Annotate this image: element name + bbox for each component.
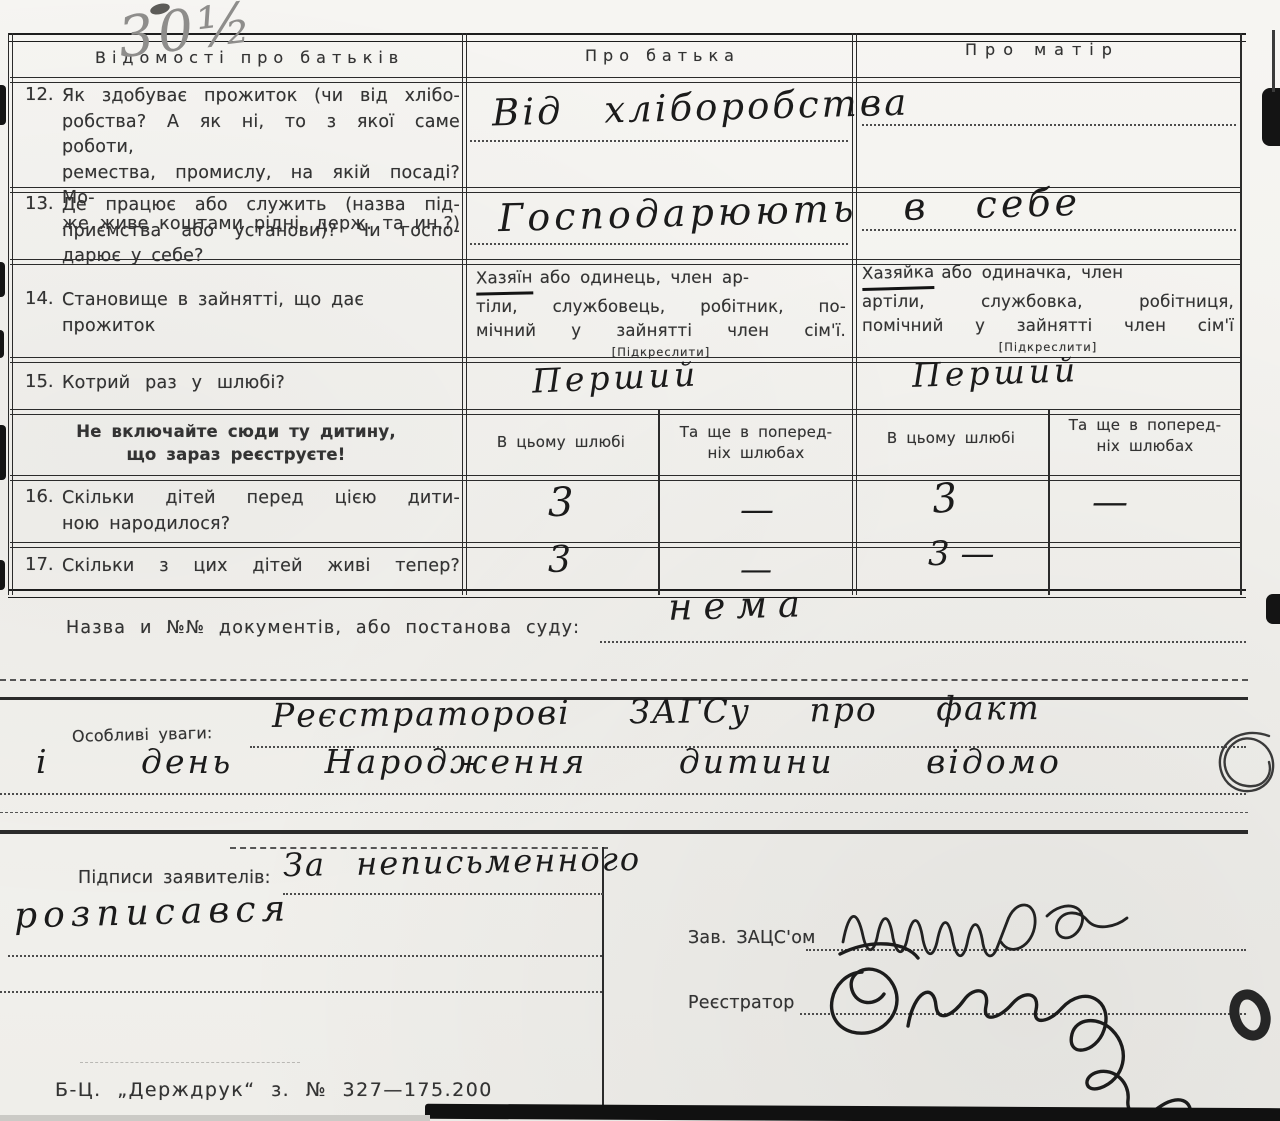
question-15-text: Котрий раз у шлюбі? <box>62 371 460 397</box>
applicants-handwritten-line1: За неписьменного <box>283 840 642 884</box>
remarks-handwritten-line1: Реєстраторові ЗАГСу про факт <box>272 688 1041 735</box>
left-edge-mark-3 <box>0 330 4 358</box>
documents-answer-handwritten: нема <box>667 582 811 629</box>
subheader-bottom-rule <box>10 475 1242 481</box>
subcolumn-prev-marriages-father: Та ще в поперед- ніх шлюбах <box>660 412 852 474</box>
question-14-number: 14. <box>25 288 54 309</box>
footer-faint-line <box>80 1062 300 1063</box>
underlined-word-khazain: Хазяїн <box>476 265 533 295</box>
answer-12-handwritten: Від хліборобства <box>492 81 910 135</box>
pen-scribble-artifact <box>1205 722 1280 812</box>
print-code: Б-Ц. „Держдрук“ з. № 327—175.200 <box>55 1078 493 1104</box>
section-rule-dashed-2 <box>0 812 1248 813</box>
scan-edge-blob-middle <box>1266 594 1280 624</box>
documents-dotted-line <box>600 641 1246 643</box>
occupation-options-mother: Хазяйкаабо одиначка, член артіли, службо… <box>862 261 1234 355</box>
table-left-border <box>8 33 13 595</box>
answer-15-mother-handwritten: Перший <box>911 350 1079 395</box>
column-header-mother: Про матір <box>965 40 1120 59</box>
section-rule-dashed-1 <box>0 679 1248 681</box>
divider-questions-father <box>462 33 467 595</box>
question-16-text: Скільки дітей перед цією дити- ною народ… <box>62 486 460 537</box>
applicants-dotted-line-1 <box>283 893 603 895</box>
occupation-options-father: Хазяїнабо одинець, член ар- тіли, службо… <box>476 266 846 360</box>
registrar-signature <box>810 928 1250 1121</box>
answer-15-father-handwritten: Перший <box>531 354 700 400</box>
answer-16-father-this: 3 <box>548 480 573 526</box>
documents-label: Назва и №№ документів, або постанова суд… <box>66 616 580 642</box>
question-13-number: 13. <box>25 193 54 214</box>
subcolumn-prev-marriages-mother: Та ще в поперед- ніх шлюбах <box>1050 405 1240 467</box>
children-note: Не включайте сюди ту дитину, що зараз ре… <box>10 412 462 474</box>
answer-12-dotted-line-father <box>470 140 848 142</box>
question-12-number: 12. <box>25 84 54 105</box>
left-edge-mark-5 <box>0 560 5 590</box>
header-bottom-rule <box>10 77 1242 83</box>
subcolumn-this-marriage-mother: В цьому шлюбі <box>855 408 1047 470</box>
scanned-birth-record-form: Відомості про батьків Про батька Про мат… <box>0 0 1280 1121</box>
question-17-text: Скільки з цих дітей живі тепер? <box>62 554 460 580</box>
answer-17-father-this: 3 <box>548 540 571 581</box>
scan-bottom-gray-band <box>0 1115 430 1121</box>
question-14-text: Становище в зайнятті, що дає прожиток <box>62 288 460 339</box>
question-15-number: 15. <box>25 371 54 392</box>
question-16-number: 16. <box>25 486 54 507</box>
answer-16-mother-this: 3 <box>930 475 959 523</box>
left-edge-mark-4 <box>0 425 6 480</box>
scan-edge-line-top <box>1272 30 1275 92</box>
underlined-word-khazaika: Хазяйка <box>862 260 935 291</box>
remarks-handwritten-line2: і день Народження дитини відомо <box>36 742 1062 781</box>
remarks-dotted-line-2 <box>0 793 1246 795</box>
answer-16-mother-prev: — <box>1092 482 1128 523</box>
answer-13-dotted-line-father <box>470 243 848 245</box>
table-right-border <box>1240 33 1242 595</box>
scan-edge-blob-top <box>1262 88 1280 146</box>
question-13-text: Де працює або служить (назва під- приємс… <box>62 193 460 270</box>
ink-blob-artifact <box>1222 985 1278 1045</box>
registrar-label: Реєстратор <box>688 991 795 1017</box>
answer-17-mother-this: 3 — <box>928 534 994 574</box>
section-rule-solid-2 <box>0 830 1248 834</box>
answer-13-dotted-line-mother <box>862 229 1236 231</box>
applicants-dotted-line-2 <box>8 955 602 957</box>
applicants-handwritten-line2: розписався <box>14 888 292 936</box>
applicants-dotted-line-3 <box>0 991 602 993</box>
signature-box-right-line <box>602 847 604 1115</box>
question-17-number: 17. <box>25 554 54 575</box>
column-header-father: Про батька <box>585 46 740 65</box>
subcolumn-this-marriage-father: В цьому шлюбі <box>465 412 657 474</box>
answer-12-dotted-line-mother <box>862 124 1236 126</box>
zags-head-label: Зав. ЗАЦС'ом <box>688 926 816 952</box>
table-bottom-rule <box>8 589 1246 598</box>
left-edge-mark-1 <box>0 85 6 125</box>
left-edge-mark-2 <box>0 262 5 297</box>
applicants-signature-label: Підписи заявителів: <box>78 866 271 892</box>
answer-16-father-prev: — <box>740 490 774 530</box>
row16-bottom-rule <box>10 542 1242 548</box>
